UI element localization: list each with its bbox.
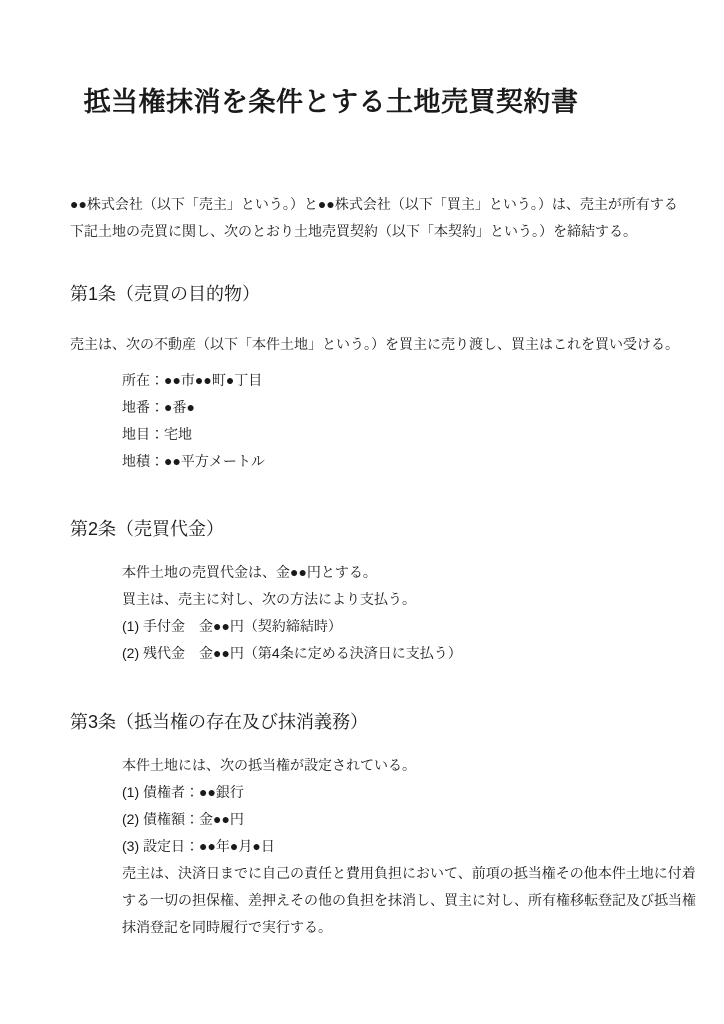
mortgage-creditor-line: (1) 債権者：●●銀行 bbox=[122, 779, 656, 806]
payment-terms-line: 本件土地の売買代金は、金●●円とする。 bbox=[122, 559, 656, 586]
article-1-body: 売主は、次の不動産（以下「本件土地」という。）を買主に売り渡し、買主はこれを買い… bbox=[70, 331, 656, 358]
intro-paragraph: ●●株式会社（以下「売主」という。）と●●株式会社（以下「買主」という。）は、売… bbox=[70, 191, 656, 245]
intro-line: ●●株式会社（以下「売主」という。）と●●株式会社（以下「買主」という。）は、売… bbox=[70, 191, 656, 218]
article-3-mortgage-details: 本件土地には、次の抵当権が設定されている。 (1) 債権者：●●銀行 (2) 債… bbox=[70, 752, 656, 941]
mortgage-amount-line: (2) 債権額：金●●円 bbox=[122, 806, 656, 833]
mortgage-date-line: (3) 設定日：●●年●月●日 bbox=[122, 833, 656, 860]
contract-page: 抵当権抹消を条件とする土地売買契約書 ●●株式会社（以下「売主」という。）と●●… bbox=[0, 0, 724, 1024]
property-location: 所在：●●市●●町●丁目 bbox=[122, 367, 656, 394]
cancellation-obligation-line: 売主は、決済日までに自己の責任と費用負担において、前項の抵当権その他本件土地に付… bbox=[122, 860, 656, 887]
property-area: 地積：●●平方メートル bbox=[122, 448, 656, 475]
article-1-heading: 第1条（売買の目的物） bbox=[70, 281, 656, 308]
property-lot-number: 地番：●番● bbox=[122, 394, 656, 421]
article-3-heading: 第3条（抵当権の存在及び抹消義務） bbox=[70, 709, 656, 736]
intro-line: 下記土地の売買に関し、次のとおり土地売買契約（以下「本契約」という。）を締結する… bbox=[70, 218, 656, 245]
article-1-property-details: 所在：●●市●●町●丁目 地番：●番● 地目：宅地 地積：●●平方メートル bbox=[70, 367, 656, 475]
cancellation-obligation-line: 抹消登記を同時履行で実行する。 bbox=[122, 914, 656, 941]
cancellation-obligation-line: する一切の担保権、差押えその他の負担を抹消し、買主に対し、所有権移転登記及び抵当… bbox=[122, 887, 656, 914]
property-land-category: 地目：宅地 bbox=[122, 421, 656, 448]
document-title: 抵当権抹消を条件とする土地売買契約書 bbox=[70, 0, 592, 120]
payment-deposit-line: (1) 手付金 金●●円（契約締結時） bbox=[122, 613, 656, 640]
payment-terms-line: 買主は、売主に対し、次の方法により支払う。 bbox=[122, 586, 656, 613]
mortgage-intro-line: 本件土地には、次の抵当権が設定されている。 bbox=[122, 752, 656, 779]
article-2-payment-terms: 本件土地の売買代金は、金●●円とする。 買主は、売主に対し、次の方法により支払う… bbox=[70, 559, 656, 667]
article-3: 第3条（抵当権の存在及び抹消義務） 本件土地には、次の抵当権が設定されている。 … bbox=[70, 709, 656, 941]
article-2-heading: 第2条（売買代金） bbox=[70, 516, 656, 543]
payment-balance-line: (2) 残代金 金●●円（第4条に定める決済日に支払う） bbox=[122, 640, 656, 667]
article-2: 第2条（売買代金） 本件土地の売買代金は、金●●円とする。 買主は、売主に対し、… bbox=[70, 516, 656, 667]
article-1: 第1条（売買の目的物） 売主は、次の不動産（以下「本件土地」という。）を買主に売… bbox=[70, 281, 656, 475]
